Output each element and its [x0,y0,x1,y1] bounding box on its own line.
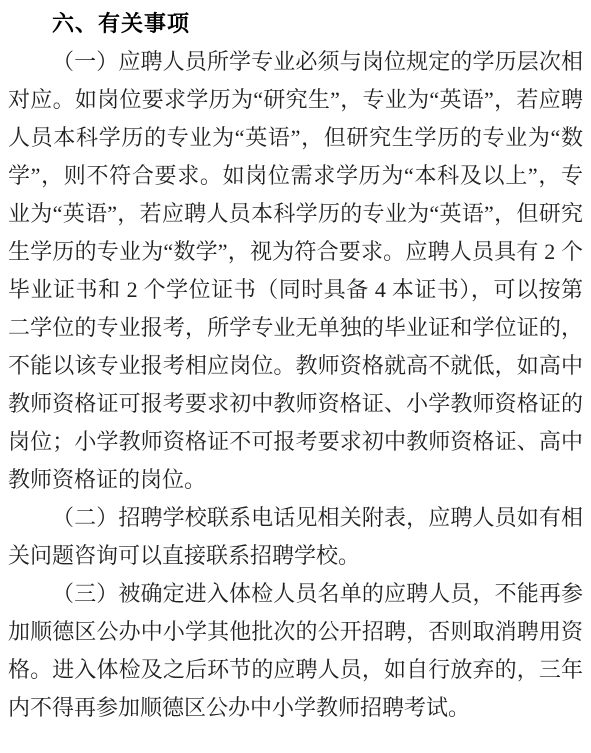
document-page: 六、有关事项 （一）应聘人员所学专业必须与岗位规定的学历层次相对应。如岗位要求学… [0,0,591,753]
paragraph-item-3: （三）被确定进入体检人员名单的应聘人员，不能再参加顺德区公办中小学其他批次的公开… [8,575,583,727]
paragraph-item-1: （一）应聘人员所学专业必须与岗位规定的学历层次相对应。如岗位要求学历为“研究生”… [8,43,583,499]
section-heading: 六、有关事项 [8,5,583,43]
paragraph-item-2: （二）招聘学校联系电话见相关附表，应聘人员如有相关问题咨询可以直接联系招聘学校。 [8,499,583,575]
